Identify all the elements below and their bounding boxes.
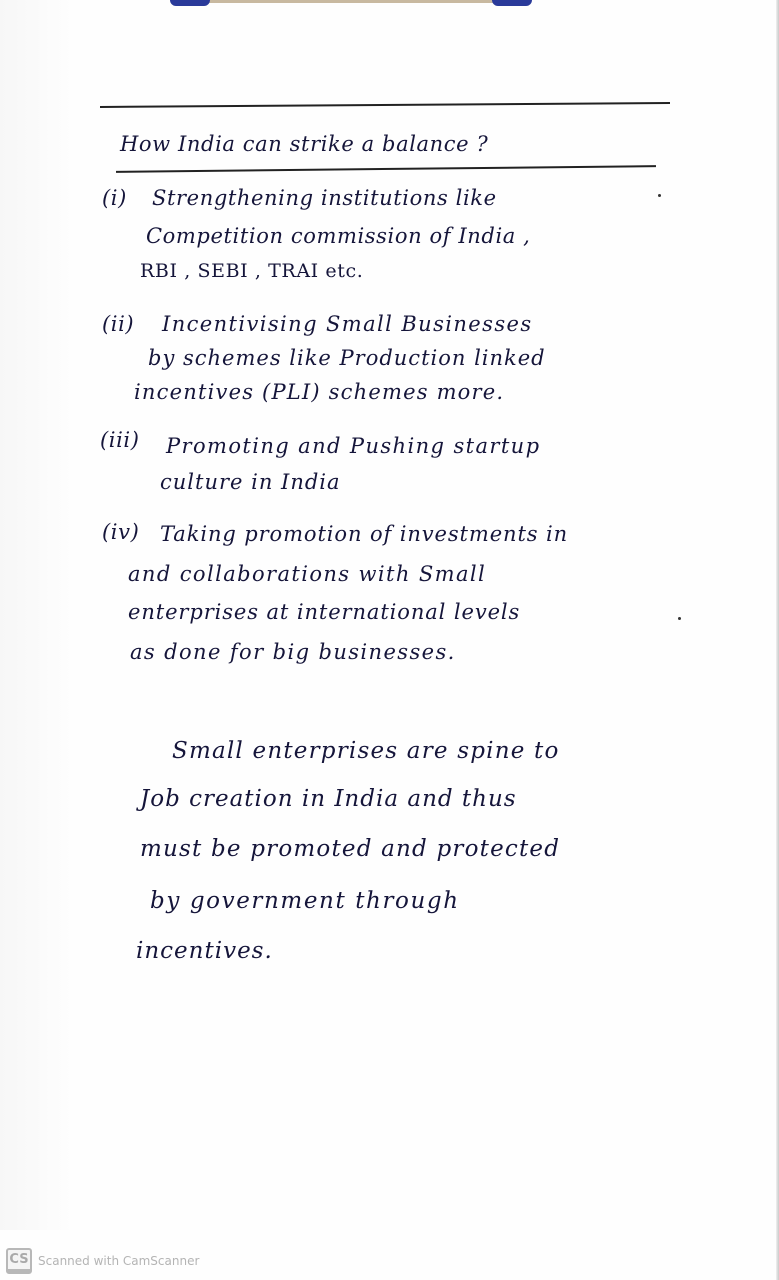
point-line: by schemes like Production linked [148, 346, 546, 370]
point-line: Competition commission of India , [146, 224, 530, 248]
point-line: and collaborations with Small [128, 562, 486, 586]
top-divider [100, 102, 670, 108]
ink-dot [678, 617, 681, 620]
watermark-text: Scanned with CamScanner [38, 1254, 199, 1268]
point-marker: (iv) [102, 520, 139, 544]
point-line: Incentivising Small Businesses [162, 312, 533, 336]
point-line: incentives (PLI) schemes more. [134, 380, 504, 404]
point-line: RBI , SEBI , TRAI etc. [140, 260, 363, 282]
conclusion-line: by government through [150, 888, 460, 914]
point-line: Promoting and Pushing startup [166, 434, 540, 458]
conclusion-line: Small enterprises are spine to [172, 738, 560, 764]
page-shadow [0, 0, 75, 1230]
point-line: culture in India [160, 470, 341, 494]
point-marker: (ii) [102, 312, 134, 336]
camscanner-watermark: CS Scanned with CamScanner [6, 1248, 199, 1274]
conclusion-line: Job creation in India and thus [140, 786, 517, 812]
page-heading: How India can strike a balance ? [120, 132, 488, 156]
ink-dot [658, 194, 661, 197]
clip-cap-left [170, 0, 210, 6]
conclusion-line: must be promoted and protected [140, 836, 560, 862]
camscanner-logo-icon: CS [6, 1248, 32, 1274]
clip-cap-right [492, 0, 532, 6]
point-line: Taking promotion of investments in [160, 522, 568, 546]
point-marker: (i) [102, 186, 127, 210]
point-line: Strengthening institutions like [152, 186, 497, 210]
heading-underline [116, 165, 656, 173]
conclusion-line: incentives. [136, 938, 273, 964]
point-marker: (iii) [100, 428, 140, 452]
clip-bar [180, 0, 522, 3]
point-line: as done for big businesses. [130, 640, 456, 664]
point-line: enterprises at international levels [128, 600, 520, 624]
binder-clip [170, 0, 532, 6]
scanned-page: How India can strike a balance ? (i) Str… [0, 0, 779, 1280]
